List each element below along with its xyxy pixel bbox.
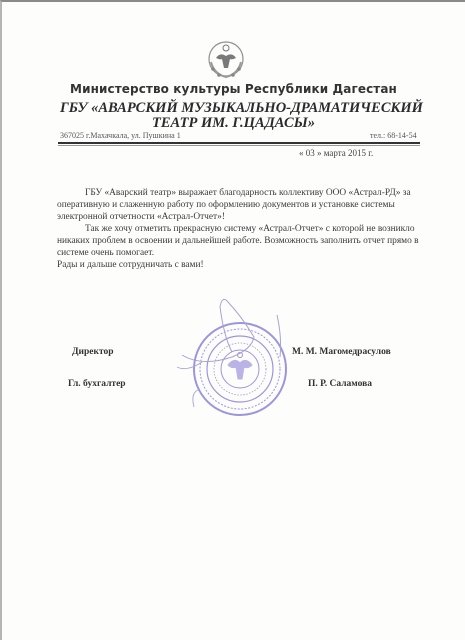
signature-name-director: М. М. Магомедрасулов — [292, 347, 391, 357]
signature-name-chief-accountant: П. Р. Саламова — [308, 379, 372, 389]
paragraph-closing: Рады и дальше сотрудничать с вами! — [57, 259, 427, 271]
address: 367025 г.Махачкала, ул. Пушкина 1 — [60, 131, 181, 140]
letter-page: Министерство культуры Республики Дагеста… — [0, 0, 465, 640]
signature-role-director: Директор — [72, 347, 114, 357]
letter-date: « 03 » марта 2015 г. — [299, 148, 373, 158]
paragraph-gratitude: ГБУ «Аварский театр» выражает благодарно… — [57, 187, 427, 223]
header-divider — [58, 142, 420, 144]
official-stamp-icon — [172, 297, 297, 422]
phone-number: тел.: 68-14-54 — [370, 131, 417, 140]
header-divider-thin — [58, 145, 420, 146]
letter-body: ГБУ «Аварский театр» выражает благодарно… — [57, 187, 427, 271]
paragraph-system-praise: Так же хочу отметить прекрасную систему … — [57, 223, 427, 259]
ministry-name: Министерство культуры Республики Дагеста… — [2, 82, 465, 96]
coat-of-arms-icon — [204, 38, 248, 82]
organization-name-line-2: ТЕАТР ИМ. Г.ЦАДАСЫ» — [2, 115, 465, 132]
signature-role-chief-accountant: Гл. бухгалтер — [68, 379, 126, 389]
